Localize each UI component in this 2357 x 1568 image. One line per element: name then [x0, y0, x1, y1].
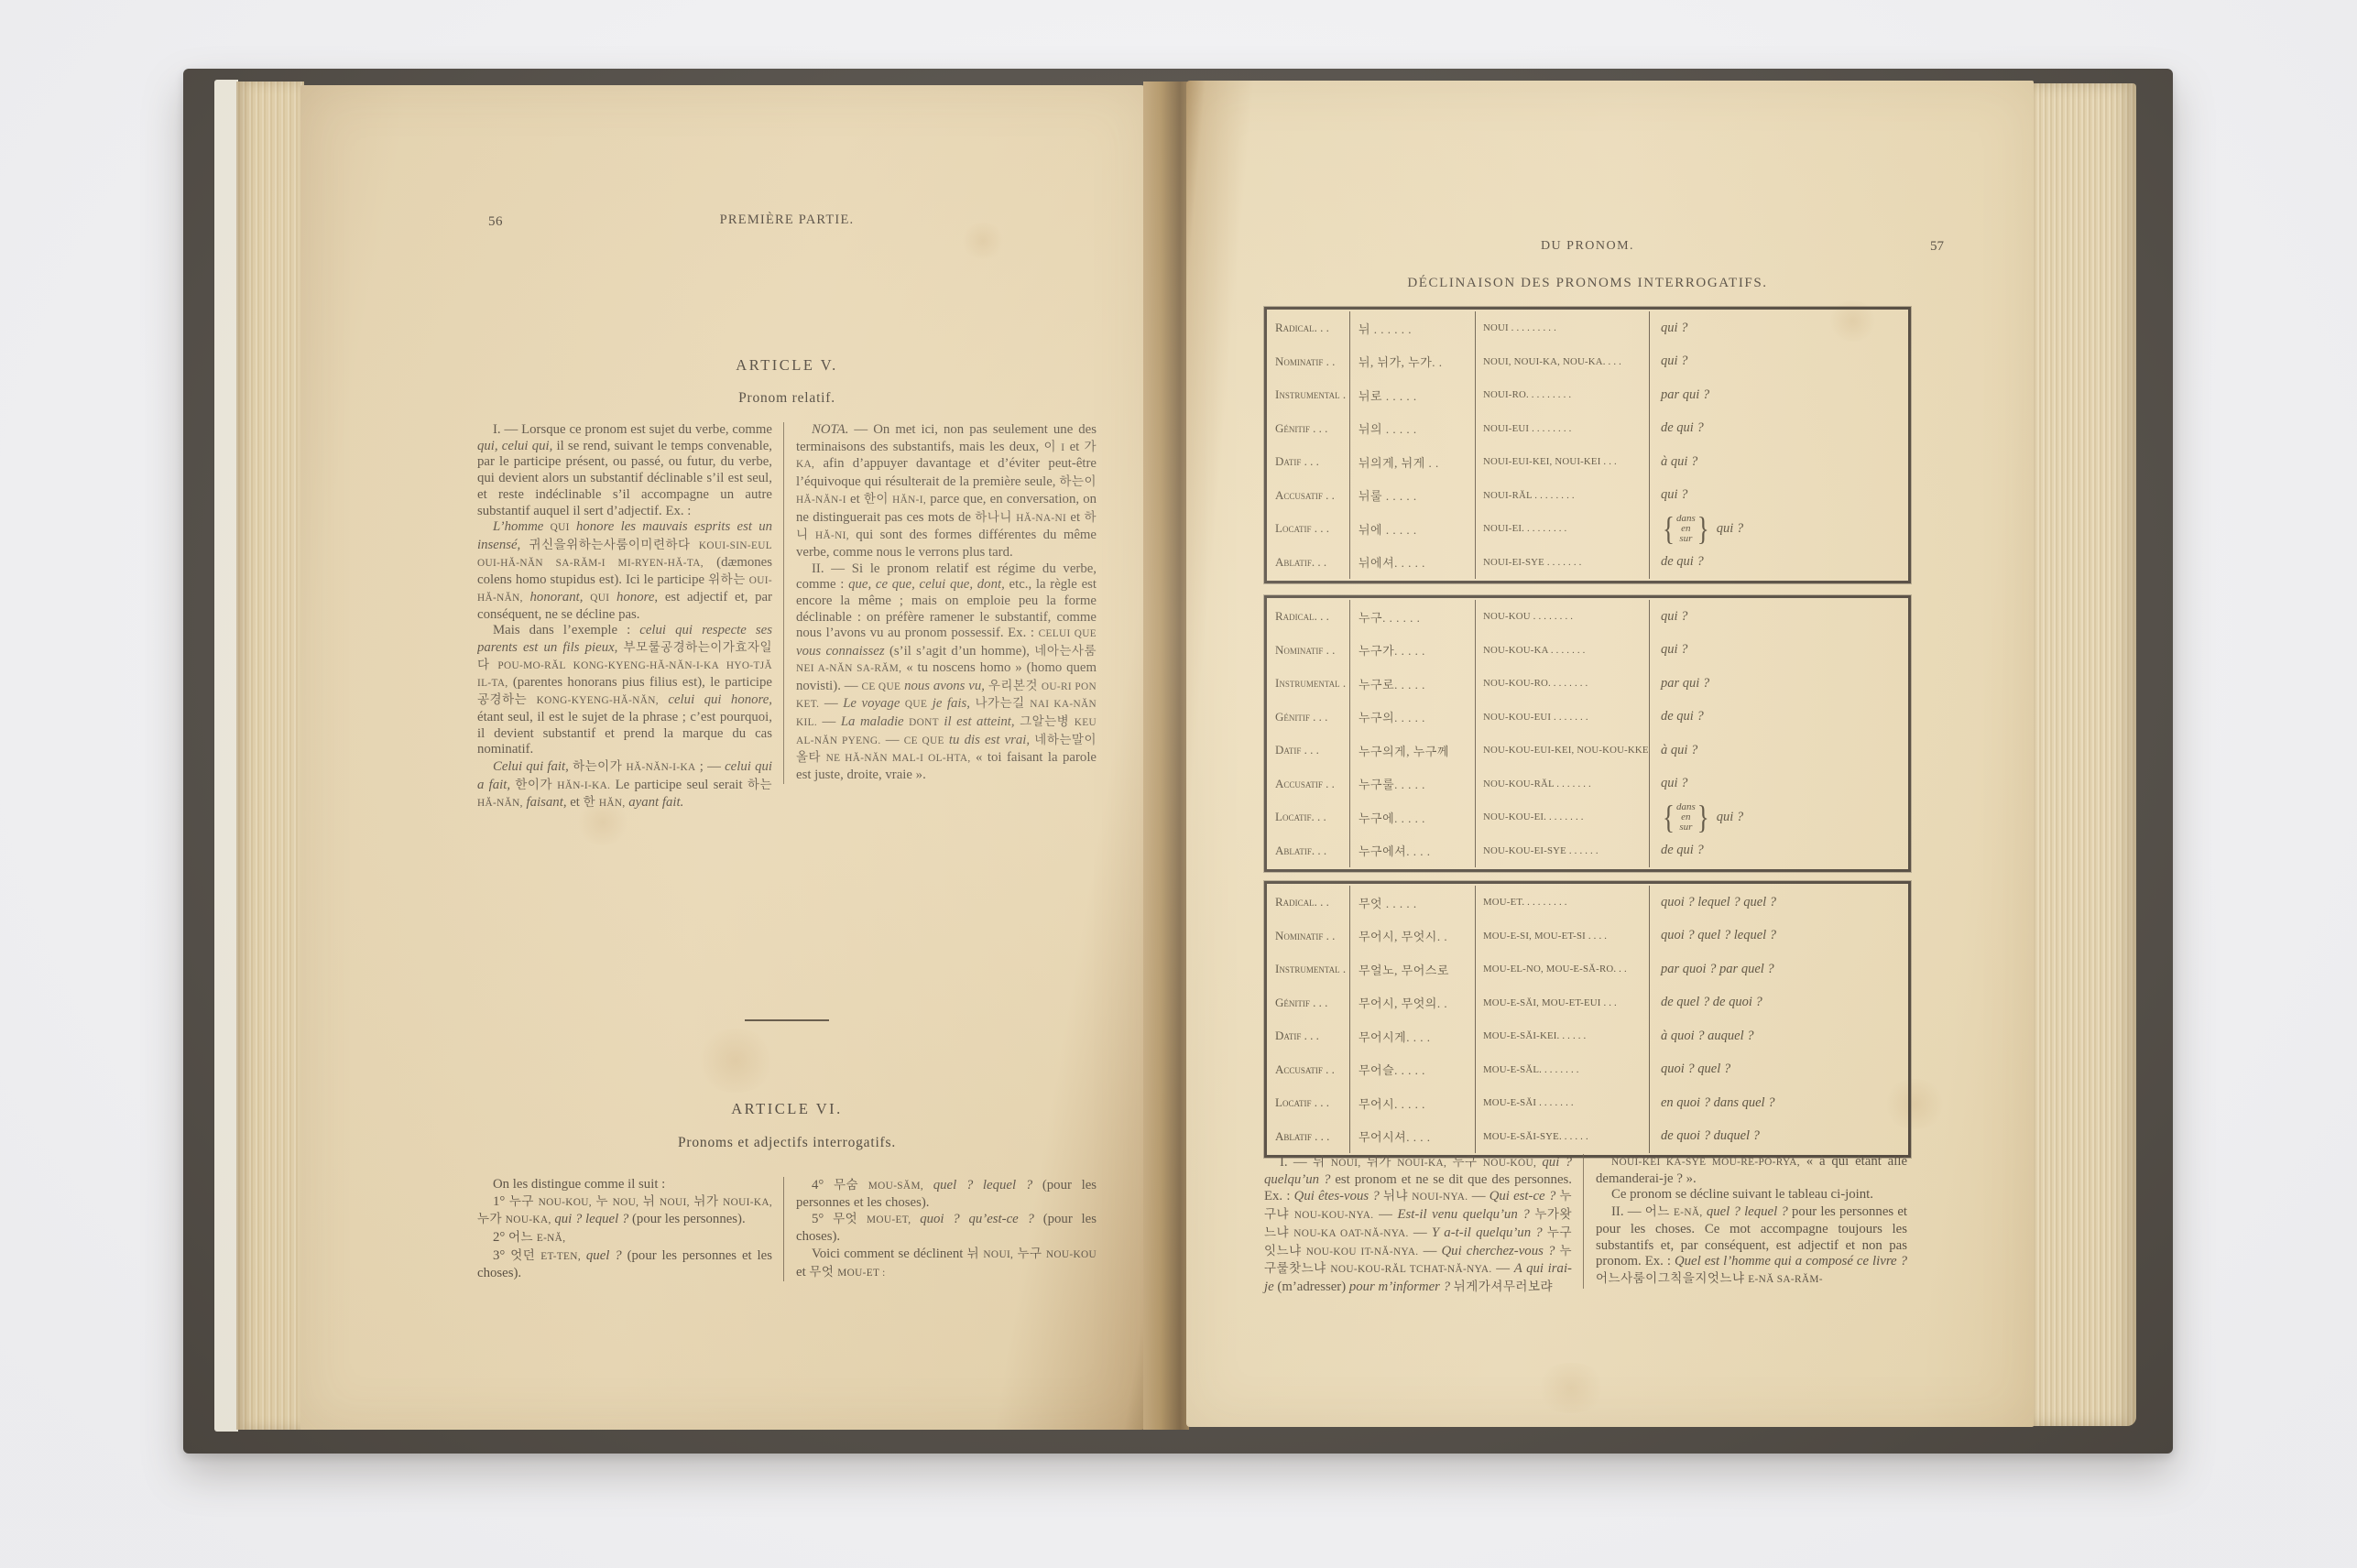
- table-row: Locatif . . .뉘에 . . . . .NOUI-EI. . . . …: [1267, 512, 1908, 546]
- table-row: Accusatif . .무어슬. . . . .MOU-E-SĂL. . . …: [1267, 1053, 1908, 1087]
- table-row: Instrumental .뉘로 . . . . .NOUI-RO. . . .…: [1267, 378, 1908, 412]
- romanization: NOUI-EUI-KEI, NOUI-KEI . . .: [1476, 445, 1650, 479]
- romanization: NOU-KOU-EI-SYE . . . . . .: [1476, 834, 1650, 868]
- article-v-subtitle: Pronom relatif.: [477, 390, 1097, 407]
- korean-form: 무어시게. . . .: [1350, 1019, 1476, 1053]
- french-translation: quoi ? quel ? lequel ?: [1650, 920, 1908, 953]
- table-row: Accusatif . .뉘룰 . . . . .NOUI-RĂL . . . …: [1267, 479, 1908, 513]
- french-translation: à qui ?: [1650, 734, 1908, 768]
- korean-form: 누구에셔. . . .: [1350, 834, 1476, 868]
- endpaper-edge: [214, 80, 238, 1432]
- case-label: Datif . . .: [1267, 445, 1350, 479]
- korean-form: 무어슬. . . . .: [1350, 1053, 1476, 1087]
- paragraph: Celui qui fait, 하는이가 HĂ-NĂN-I-KA ; — cel…: [477, 758, 772, 812]
- case-label: Locatif . . .: [1267, 1086, 1350, 1120]
- french-translation: qui ?: [1650, 634, 1908, 668]
- case-label: Radical. . .: [1267, 886, 1350, 920]
- table-row: Nominatif . .누구가. . . . .NOU-KOU-KA . . …: [1267, 634, 1908, 668]
- romanization: NOUI, NOUI-KA, NOU-KA. . . .: [1476, 345, 1650, 379]
- paragraph: NOUI-KEI KA-SYE MOU-RE-PO-RYA, « à qui é…: [1596, 1154, 1907, 1187]
- paragraph: I. — Lorsque ce pronom est sujet du verb…: [477, 422, 772, 519]
- korean-form: 뉘의게, 뉘게 . .: [1350, 445, 1476, 479]
- french-translation: par qui ?: [1650, 667, 1908, 701]
- declension-table-noui: Radical. . .뉘 . . . . . .NOUI . . . . . …: [1264, 307, 1911, 583]
- brace-words: dansensur: [1676, 802, 1696, 833]
- romanization: MOU-ET. . . . . . . . .: [1476, 886, 1650, 920]
- case-label: Radical. . .: [1267, 600, 1350, 634]
- case-label: Instrumental .: [1267, 953, 1350, 986]
- paragraph: 1° 누구 NOU-KOU, 누 NOU, 뉘 NOUI, 뉘가 NOUI-KA…: [477, 1193, 772, 1229]
- korean-form: 뉘, 뉘가, 누가. .: [1350, 345, 1476, 379]
- case-label: Accusatif . .: [1267, 1053, 1350, 1087]
- korean-form: 무어시. . . . .: [1350, 1086, 1476, 1120]
- left-page: 56 PREMIÈRE PARTIE. ARTICLE V. Pronom re…: [300, 85, 1145, 1430]
- right-page: 57 DU PRONOM. DÉCLINAISON DES PRONOMS IN…: [1186, 81, 2034, 1427]
- table-row: Accusatif . .누구룰. . . . .NOU-KOU-RĂL . .…: [1267, 768, 1908, 801]
- case-label: Nominatif . .: [1267, 920, 1350, 953]
- brace-open: {: [1663, 512, 1675, 546]
- french-translation: de qui ?: [1650, 412, 1908, 446]
- article-vi-column-1: On les distingue comme il suit :1° 누구 NO…: [477, 1177, 772, 1281]
- case-label: Instrumental .: [1267, 667, 1350, 701]
- table-row: Datif . . .무어시게. . . .MOU-E-SĂI-KEI. . .…: [1267, 1019, 1908, 1053]
- case-label: Datif . . .: [1267, 1019, 1350, 1053]
- romanization: MOU-E-SĂI, MOU-ET-EUI . . .: [1476, 986, 1650, 1020]
- french-translation: de quel ? de quoi ?: [1650, 986, 1908, 1020]
- korean-form: 누구룰. . . . .: [1350, 768, 1476, 801]
- romanization: MOU-E-SĂI-KEI. . . . . .: [1476, 1019, 1650, 1053]
- korean-form: 누구의게, 누구께: [1350, 734, 1476, 768]
- romanization: NOU-KOU-RĂL . . . . . . .: [1476, 768, 1650, 801]
- french-translation: qui ?: [1650, 600, 1908, 634]
- korean-form: 뉘룰 . . . . .: [1350, 479, 1476, 513]
- table-row: Radical. . .누구. . . . . .NOU-KOU . . . .…: [1267, 600, 1908, 634]
- romanization: NOUI-EUI . . . . . . . .: [1476, 412, 1650, 446]
- french-translation: quoi ? lequel ? quel ?: [1650, 886, 1908, 920]
- korean-form: 누구가. . . . .: [1350, 634, 1476, 668]
- case-label: Locatif. . .: [1267, 800, 1350, 834]
- paragraph: NOTA. — On met ici, non pas seulement un…: [796, 422, 1097, 561]
- romanization: MOU-E-SĂI . . . . . . .: [1476, 1086, 1650, 1120]
- french-translation: à quoi ? auquel ?: [1650, 1019, 1908, 1053]
- case-label: Ablatif. . .: [1267, 834, 1350, 868]
- paragraph: On les distingue comme il suit :: [477, 1177, 772, 1193]
- brace-close: }: [1697, 512, 1709, 546]
- paragraph: L’homme QUI honore les mauvais esprits e…: [477, 519, 772, 623]
- korean-form: 뉘에 . . . . .: [1350, 512, 1476, 546]
- french-translation: {dansensur}qui ?: [1650, 800, 1908, 834]
- paragraph: 3° 엇던 ET-TEN, quel ? (pour les personnes…: [477, 1247, 772, 1281]
- photo-backdrop: 56 PREMIÈRE PARTIE. ARTICLE V. Pronom re…: [0, 0, 2357, 1568]
- romanization: NOUI-RO. . . . . . . . .: [1476, 378, 1650, 412]
- article-vi-title: ARTICLE VI.: [477, 1100, 1097, 1118]
- paragraph: 5° 무엇 MOU-ET, quoi ? qu’est-ce ? (pour l…: [796, 1211, 1097, 1245]
- open-book: 56 PREMIÈRE PARTIE. ARTICLE V. Pronom re…: [183, 69, 2173, 1454]
- romanization: NOUI-EI-SYE . . . . . . .: [1476, 546, 1650, 580]
- paragraph: 4° 무숨 MOU-SĂM, quel ? lequel ? (pour les…: [796, 1177, 1097, 1211]
- korean-form: 누구. . . . . .: [1350, 600, 1476, 634]
- paragraph: I. — 뉘 NOUI, 뉘가 NOUI-KA, 누구 NOU-KOU, qui…: [1264, 1154, 1572, 1296]
- korean-form: 뉘로 . . . . .: [1350, 378, 1476, 412]
- french-translation: qui ?: [1650, 311, 1908, 345]
- korean-form: 무엇 . . . . .: [1350, 886, 1476, 920]
- table-row: Génitif . . .뉘의 . . . . .NOUI-EUI . . . …: [1267, 412, 1908, 446]
- french-translation: de qui ?: [1650, 701, 1908, 735]
- korean-form: 누구로. . . . .: [1350, 667, 1476, 701]
- declension-table-mou-et: Radical. . .무엇 . . . . .MOU-ET. . . . . …: [1264, 881, 1911, 1158]
- table-row: Génitif . . .무어시, 무엇의. .MOU-E-SĂI, MOU-E…: [1267, 986, 1908, 1020]
- romanization: NOU-KOU . . . . . . . .: [1476, 600, 1650, 634]
- page-number-right: 57: [1930, 239, 1944, 255]
- case-label: Nominatif . .: [1267, 345, 1350, 379]
- romanization: NOUI-EI. . . . . . . . .: [1476, 512, 1650, 546]
- korean-form: 뉘의 . . . . .: [1350, 412, 1476, 446]
- case-label: Locatif . . .: [1267, 512, 1350, 546]
- article-v-title: ARTICLE V.: [477, 356, 1097, 375]
- declension-table-nou-kou: Radical. . .누구. . . . . .NOU-KOU . . . .…: [1264, 595, 1911, 872]
- romanization: NOU-KOU-KA . . . . . . .: [1476, 634, 1650, 668]
- table-row: Nominatif . .무어시, 무엇시. .MOU-E-SI, MOU-ET…: [1267, 920, 1908, 953]
- article-v-columns: I. — Lorsque ce pronom est sujet du verb…: [477, 422, 1097, 988]
- running-header-left: PREMIÈRE PARTIE.: [477, 212, 1097, 228]
- page-stack-right-edge: [2032, 83, 2136, 1426]
- table-row: Ablatif. . .뉘에셔. . . . .NOUI-EI-SYE . . …: [1267, 546, 1908, 580]
- table-row: Instrumental .무얼노, 무어스로MOU-EL-NO, MOU-E-…: [1267, 953, 1908, 986]
- table-row: Nominatif . .뉘, 뉘가, 누가. .NOUI, NOUI-KA, …: [1267, 345, 1908, 379]
- korean-form: 누구의. . . . .: [1350, 701, 1476, 735]
- romanization: MOU-EL-NO, MOU-E-SĂ-RO. . .: [1476, 953, 1650, 986]
- table-row: Radical. . .무엇 . . . . .MOU-ET. . . . . …: [1267, 886, 1908, 920]
- french-translation: quoi ? quel ?: [1650, 1053, 1908, 1087]
- brace-words: dansensur: [1676, 514, 1696, 544]
- french-translation: de qui ?: [1650, 834, 1908, 868]
- french-translation: par qui ?: [1650, 378, 1908, 412]
- case-label: Accusatif . .: [1267, 479, 1350, 513]
- article-vi-column-2: 4° 무숨 MOU-SĂM, quel ? lequel ? (pour les…: [783, 1177, 1097, 1281]
- article-v-column-1: I. — Lorsque ce pronom est sujet du verb…: [477, 422, 772, 812]
- romanization: MOU-E-SI, MOU-ET-SI . . . .: [1476, 920, 1650, 953]
- case-label: Instrumental .: [1267, 378, 1350, 412]
- korean-form: 뉘에셔. . . . .: [1350, 546, 1476, 580]
- french-translation: de quoi ? duquel ?: [1650, 1120, 1908, 1154]
- right-page-bottom-columns: I. — 뉘 NOUI, 뉘가 NOUI-KA, 누구 NOU-KOU, qui…: [1264, 1154, 1907, 1296]
- book-gutter: [1143, 82, 1189, 1430]
- romanization: MOU-E-SĂI-SYE. . . . . .: [1476, 1120, 1650, 1154]
- korean-form: 누구에. . . . .: [1350, 800, 1476, 834]
- french-translation: en quoi ? dans quel ?: [1650, 1086, 1908, 1120]
- romanization: NOUI . . . . . . . . .: [1476, 311, 1650, 345]
- table-row: Datif . . .뉘의게, 뉘게 . .NOUI-EUI-KEI, NOUI…: [1267, 445, 1908, 479]
- korean-form: 무어시, 무엇시. .: [1350, 920, 1476, 953]
- table-row: Ablatif. . .누구에셔. . . .NOU-KOU-EI-SYE . …: [1267, 834, 1908, 868]
- table-row: Instrumental .누구로. . . . .NOU-KOU-RO. . …: [1267, 667, 1908, 701]
- romanization: NOU-KOU-RO. . . . . . . .: [1476, 667, 1650, 701]
- case-label: Ablatif . . .: [1267, 1120, 1350, 1154]
- case-label: Datif . . .: [1267, 734, 1350, 768]
- romanization: NOU-KOU-EUI . . . . . . .: [1476, 701, 1650, 735]
- left-page-content: 56 PREMIÈRE PARTIE. ARTICLE V. Pronom re…: [477, 85, 1097, 1430]
- paragraph: II. — Si le pronom relatif est régime du…: [796, 561, 1097, 784]
- case-label: Nominatif . .: [1267, 634, 1350, 668]
- case-label: Accusatif . .: [1267, 768, 1350, 801]
- article-vi-columns: On les distingue comme il suit :1° 누구 NO…: [477, 1177, 1097, 1281]
- romanization: NOU-KOU-EUI-KEI, NOU-KOU-KKEI: [1476, 734, 1650, 768]
- french-translation: à qui ?: [1650, 445, 1908, 479]
- paragraph: 2° 어느 E-NĂ,: [477, 1229, 772, 1247]
- brace-open: {: [1663, 800, 1675, 834]
- declension-caption: DÉCLINAISON DES PRONOMS INTERROGATIFS.: [1264, 276, 1911, 291]
- french-translation: qui ?: [1650, 345, 1908, 379]
- table-row: Locatif. . .누구에. . . . .NOU-KOU-EI. . . …: [1267, 800, 1908, 834]
- french-translation: {dansensur}qui ?: [1650, 512, 1908, 546]
- case-label: Génitif . . .: [1267, 701, 1350, 735]
- french-translation: de qui ?: [1650, 546, 1908, 580]
- table-row: Locatif . . .무어시. . . . .MOU-E-SĂI . . .…: [1267, 1086, 1908, 1120]
- french-translation: qui ?: [1650, 479, 1908, 513]
- korean-form: 무어시, 무엇의. .: [1350, 986, 1476, 1020]
- page-stack-left-edge: [236, 82, 304, 1430]
- case-label: Radical. . .: [1267, 311, 1350, 345]
- brace-after: qui ?: [1717, 810, 1743, 825]
- paragraph: II. — 어느 E-NĂ, quel ? lequel ? pour les …: [1596, 1203, 1907, 1289]
- table-row: Ablatif . . .무어시셔. . . .MOU-E-SĂI-SYE. .…: [1267, 1120, 1908, 1154]
- french-translation: par quoi ? par quel ?: [1650, 953, 1908, 986]
- korean-form: 뉘 . . . . . .: [1350, 311, 1476, 345]
- bottom-column-2: NOUI-KEI KA-SYE MOU-RE-PO-RYA, « à qui é…: [1583, 1154, 1907, 1289]
- section-separator-rule: [745, 1019, 829, 1021]
- case-label: Génitif . . .: [1267, 986, 1350, 1020]
- table-row: Génitif . . .누구의. . . . .NOU-KOU-EUI . .…: [1267, 701, 1908, 735]
- table-row: Radical. . .뉘 . . . . . .NOUI . . . . . …: [1267, 311, 1908, 345]
- brace-close: }: [1697, 800, 1709, 834]
- article-v-column-2: NOTA. — On met ici, non pas seulement un…: [783, 422, 1097, 784]
- french-translation: qui ?: [1650, 768, 1908, 801]
- korean-form: 무얼노, 무어스로: [1350, 953, 1476, 986]
- running-header-right: DU PRONOM.: [1264, 239, 1911, 254]
- bottom-column-1: I. — 뉘 NOUI, 뉘가 NOUI-KA, 누구 NOU-KOU, qui…: [1264, 1154, 1572, 1296]
- right-page-content: DU PRONOM. DÉCLINAISON DES PRONOMS INTER…: [1264, 81, 1911, 1427]
- paragraph: Voici comment se déclinent 뉘 NOUI, 누구 NO…: [796, 1246, 1097, 1281]
- korean-form: 무어시셔. . . .: [1350, 1120, 1476, 1154]
- table-row: Datif . . .누구의게, 누구께NOU-KOU-EUI-KEI, NOU…: [1267, 734, 1908, 768]
- case-label: Ablatif. . .: [1267, 546, 1350, 580]
- paragraph: Mais dans l’exemple : celui qui respecte…: [477, 623, 772, 758]
- romanization: NOU-KOU-EI. . . . . . . .: [1476, 800, 1650, 834]
- paragraph: Ce pronom se décline suivant le tableau …: [1596, 1187, 1907, 1203]
- brace-after: qui ?: [1717, 521, 1743, 537]
- romanization: NOUI-RĂL . . . . . . . .: [1476, 479, 1650, 513]
- article-vi-subtitle: Pronoms et adjectifs interrogatifs.: [477, 1135, 1097, 1151]
- case-label: Génitif . . .: [1267, 412, 1350, 446]
- romanization: MOU-E-SĂL. . . . . . . .: [1476, 1053, 1650, 1087]
